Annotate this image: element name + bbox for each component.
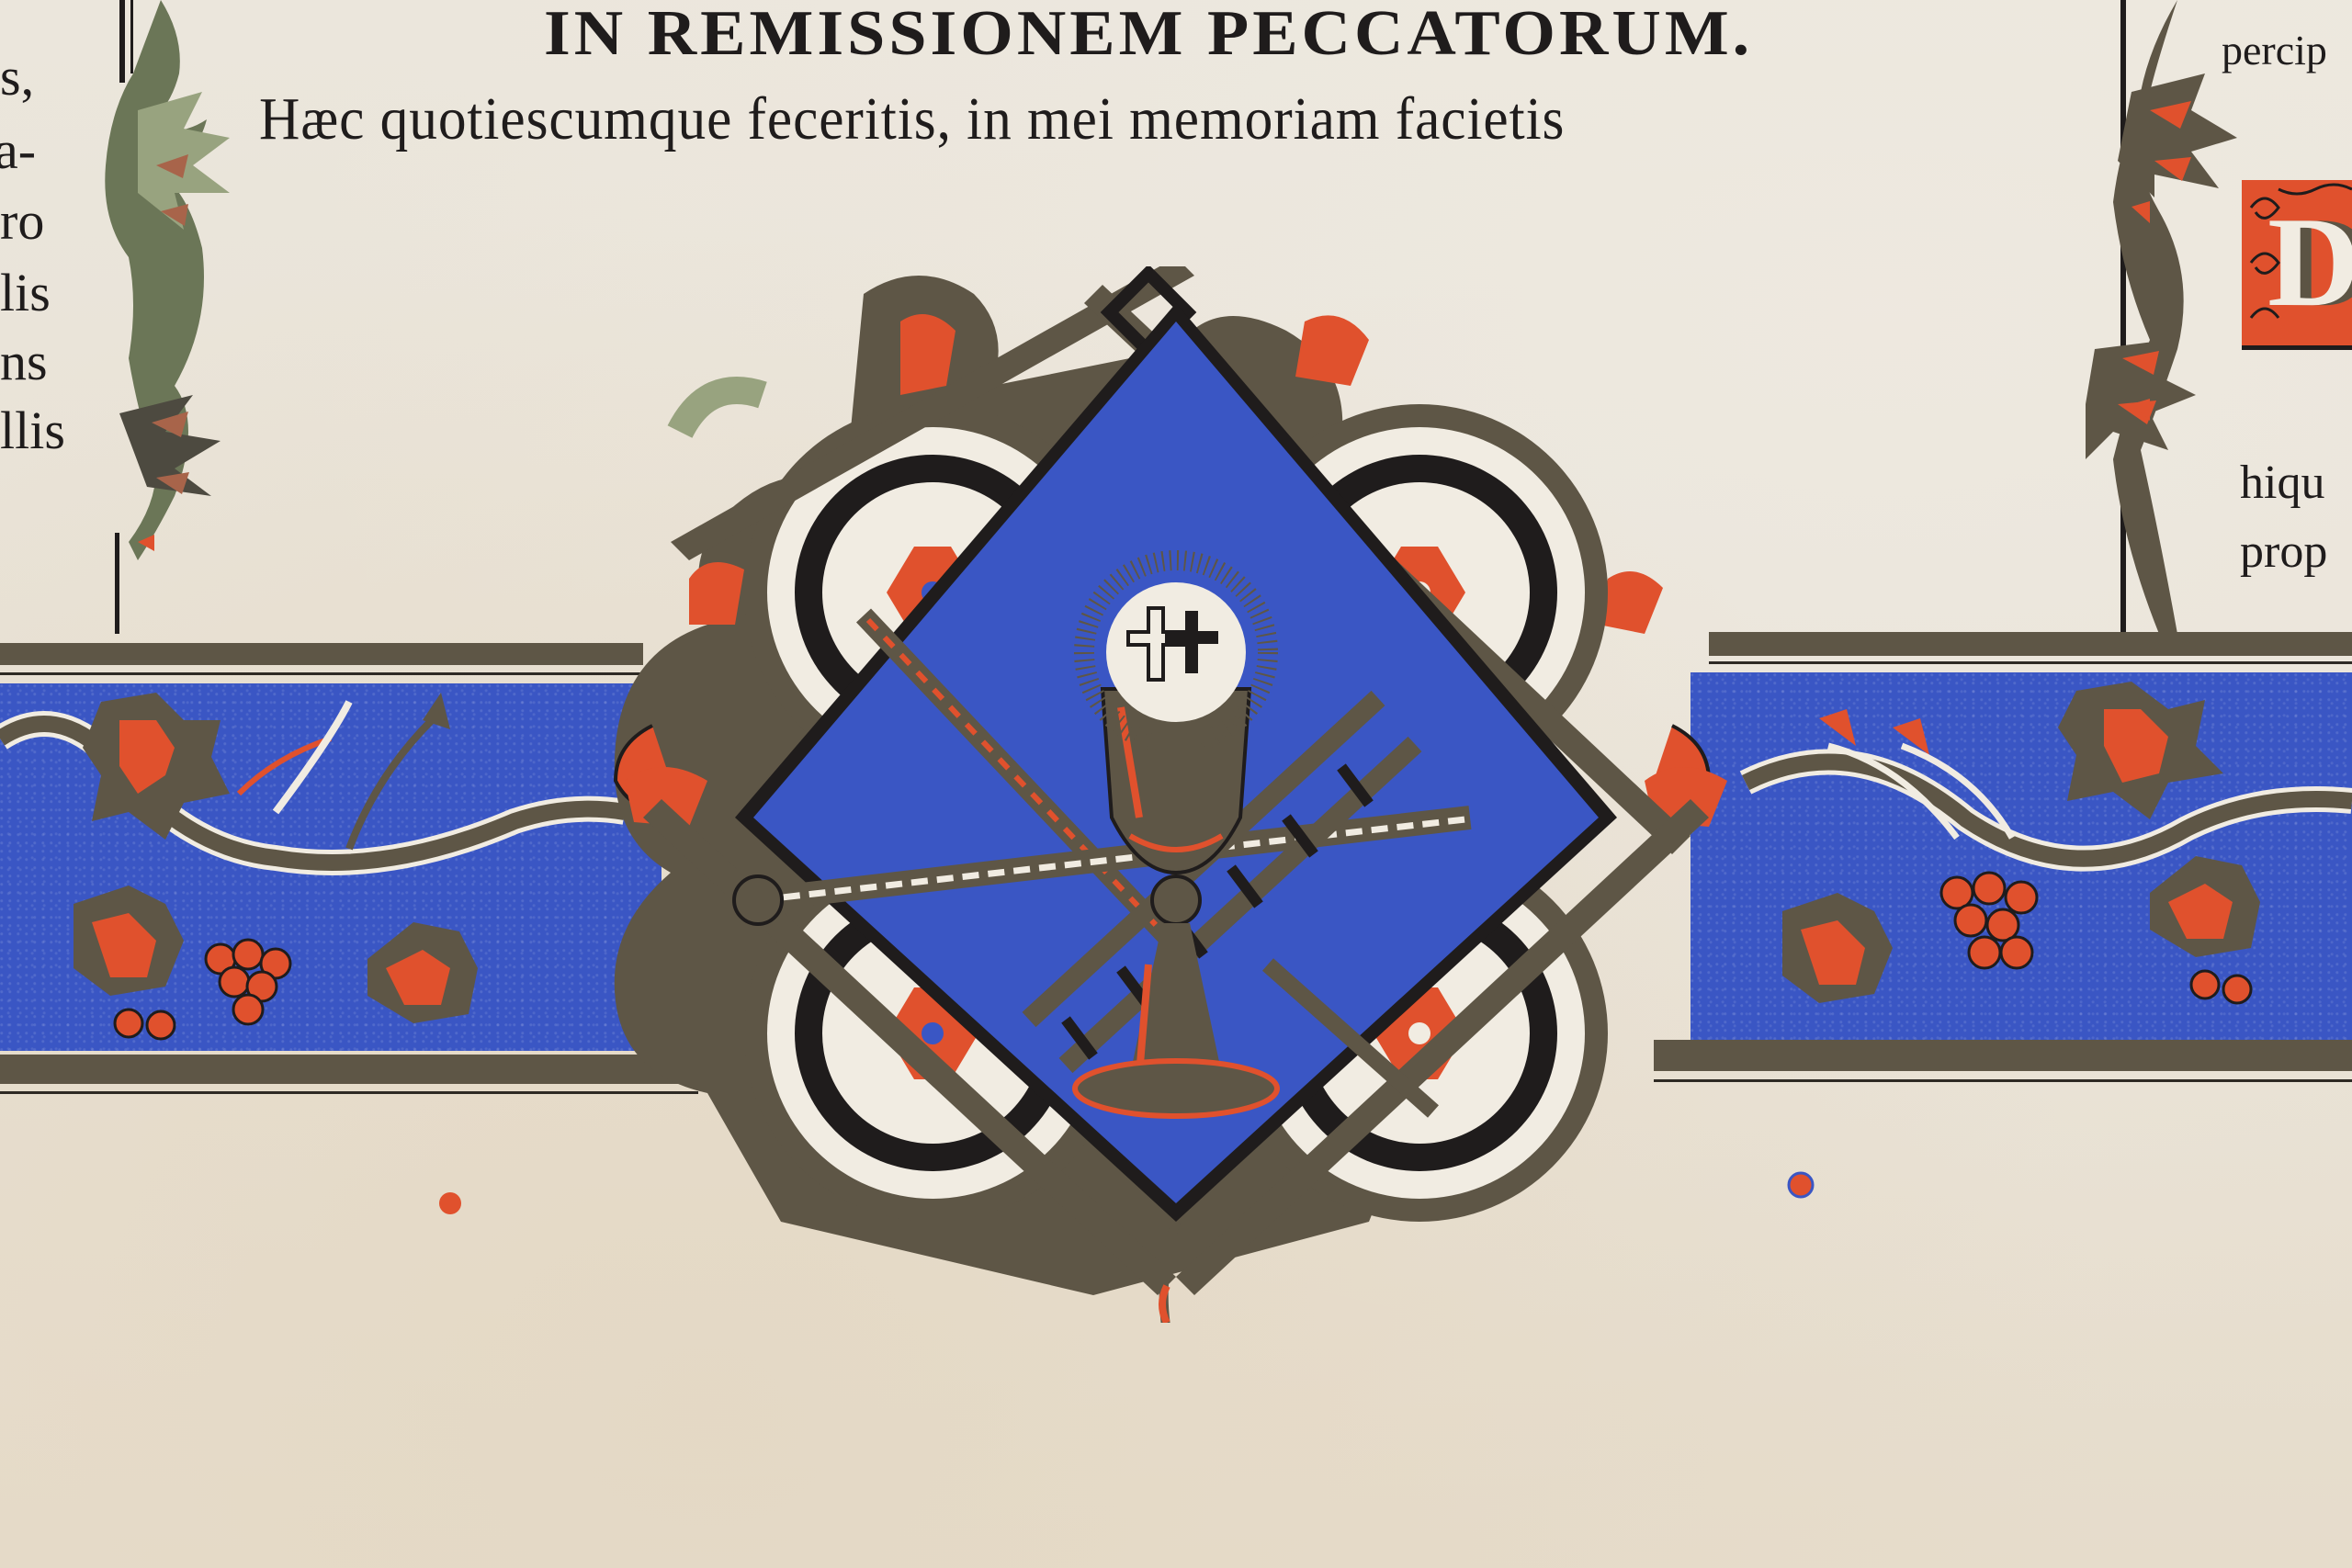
left-fragment: llis [0,404,65,457]
left-fragment: a- [0,124,36,177]
quote-line: Hæc quotiescumque feceritis, in mei memo… [259,85,1565,154]
left-fragment: s, [0,51,34,104]
heading-caps: IN REMISSIONEM PECCATORUM. [544,0,1753,71]
right-fragment: prop [2240,528,2327,576]
vine-leaf [83,693,230,840]
left-vine-ornament-icon [83,0,266,643]
red-dot-ornament-icon [1773,1167,1828,1203]
central-emblem [514,266,1837,1323]
right-fragment: hiqu [2240,459,2324,507]
wheat-ear [239,693,450,849]
left-fragment: ns [0,335,48,389]
red-dot-ornament-icon [423,1185,478,1222]
left-fragment: ro [0,195,44,248]
left-fragment: lis [0,266,51,320]
right-vine-ornament-icon [2067,0,2251,643]
drop-cap: D [2242,180,2352,350]
drop-cap-letter: D [2267,198,2352,327]
